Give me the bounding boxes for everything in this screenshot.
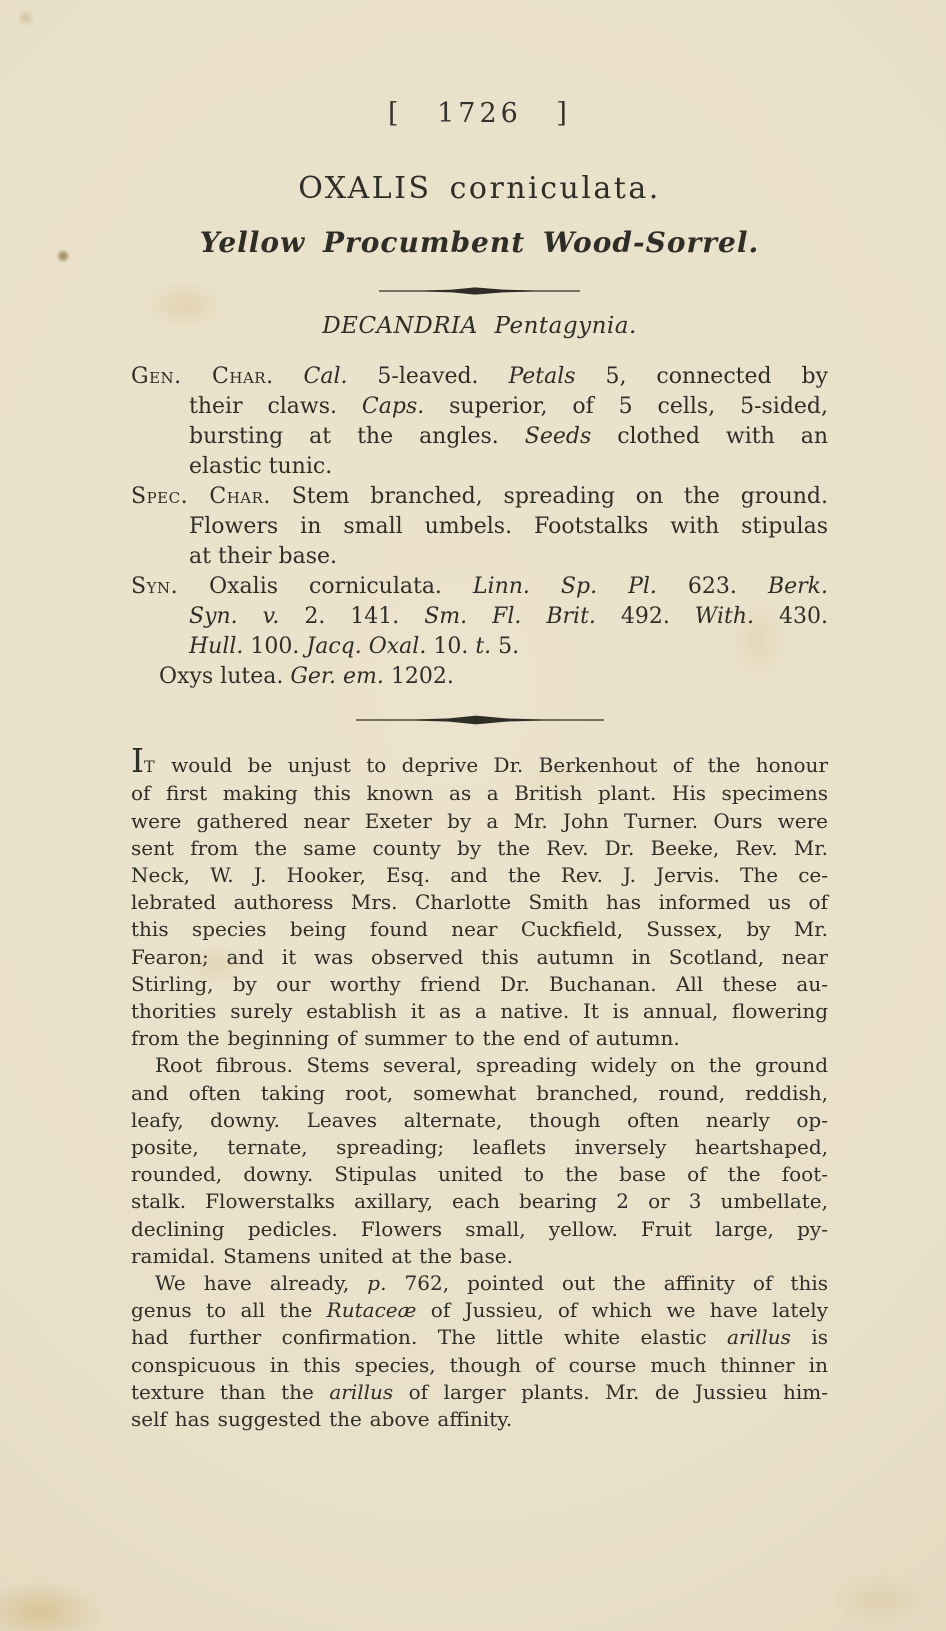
paragraph-3: We have already, p. 762, pointed out the… xyxy=(131,1270,828,1433)
text-line: Fearon; and it was observed this autumn … xyxy=(131,944,828,971)
page-number: [ 1726 ] xyxy=(131,98,828,129)
text-line: Oxys lutea. Ger. em. 1202. xyxy=(131,662,828,692)
classification-line: DECANDRIA Pentagynia. xyxy=(131,313,828,339)
opening-smallcap: T xyxy=(144,757,156,776)
text-line: Neck, W. J. Hooker, Esq. and the Rev. J.… xyxy=(131,862,828,889)
taxonomic-entries: Gen. Char. Cal. 5-leaved. Petals 5, conn… xyxy=(131,362,828,692)
text-line: Syn. v. 2. 141. Sm. Fl. Brit. 492. With.… xyxy=(131,602,828,632)
book-page: [ 1726 ] OXALIS corniculata. Yellow Proc… xyxy=(0,0,946,1631)
text-line: stalk. Flowerstalks axillary, each beari… xyxy=(131,1188,828,1215)
entry-label: Syn. xyxy=(131,574,178,599)
text-line: Root fibrous. Stems several, spreading w… xyxy=(131,1052,828,1079)
swelled-rule-divider-bottom xyxy=(354,714,606,726)
text-line: sent from the same county by the Rev. Dr… xyxy=(131,835,828,862)
common-name-subtitle: Yellow Procumbent Wood-Sorrel. xyxy=(131,226,828,259)
text-line: leafy, downy. Leaves alternate, though o… xyxy=(131,1107,828,1134)
text-line: self has suggested the above affinity. xyxy=(131,1406,828,1433)
entry-spec-char: Spec. Char. Stem branched, spreading on … xyxy=(131,482,828,572)
text-line: genus to all the Rutaceæ of Jussieu, of … xyxy=(131,1297,828,1324)
entry-label: Gen. Char. xyxy=(131,364,274,389)
text-line: ramidal. Stamens united at the base. xyxy=(131,1243,828,1270)
text-line: their claws. Caps. superior, of 5 cells,… xyxy=(131,392,828,422)
species-title: OXALIS corniculata. xyxy=(131,171,828,206)
text-line: declining pedicles. Flowers small, yello… xyxy=(131,1216,828,1243)
text-line: of first making this known as a British … xyxy=(131,780,828,807)
text-line: Stirling, by our worthy friend Dr. Bucha… xyxy=(131,971,828,998)
paragraph-2: Root fibrous. Stems several, spreading w… xyxy=(131,1052,828,1270)
text-line: conspicuous in this species, though of c… xyxy=(131,1352,828,1379)
description-paragraphs: IT would be unjust to deprive Dr. Berken… xyxy=(131,747,828,1433)
text-line: Gen. Char. Cal. 5-leaved. Petals 5, conn… xyxy=(131,362,828,392)
text-line: texture than the arillus of larger plant… xyxy=(131,1379,828,1406)
text-line: this species being found near Cuckfield,… xyxy=(131,916,828,943)
entry-label: Spec. Char. xyxy=(131,484,271,509)
opening-initial: I xyxy=(131,741,144,780)
text-line: posite, ternate, spreading; leaflets inv… xyxy=(131,1134,828,1161)
text-line: and often taking root, somewhat branched… xyxy=(131,1080,828,1107)
text-column: [ 1726 ] OXALIS corniculata. Yellow Proc… xyxy=(131,0,828,1433)
text-line: at their base. xyxy=(131,542,828,572)
entry-synonym-oxys: Oxys lutea. Ger. em. 1202. xyxy=(131,662,828,692)
text-line: were gathered near Exeter by a Mr. John … xyxy=(131,808,828,835)
paragraph-1: IT would be unjust to deprive Dr. Berken… xyxy=(131,747,828,1052)
text-line: elastic tunic. xyxy=(131,452,828,482)
text-line: Flowers in small umbels. Footstalks with… xyxy=(131,512,828,542)
text-line: from the beginning of summer to the end … xyxy=(131,1025,828,1052)
text-line: had further confirmation. The little whi… xyxy=(131,1324,828,1351)
text-line: Spec. Char. Stem branched, spreading on … xyxy=(131,482,828,512)
text-line: IT would be unjust to deprive Dr. Berken… xyxy=(131,747,828,780)
entry-synonyms: Syn. Oxalis corniculata. Linn. Sp. Pl. 6… xyxy=(131,572,828,662)
text-line: lebrated authoress Mrs. Charlotte Smith … xyxy=(131,889,828,916)
entry-gen-char: Gen. Char. Cal. 5-leaved. Petals 5, conn… xyxy=(131,362,828,482)
text-line: bursting at the angles. Seeds clothed wi… xyxy=(131,422,828,452)
text-line: Hull. 100. Jacq. Oxal. 10. t. 5. xyxy=(131,632,828,662)
text-line: thorities surely establish it as a nativ… xyxy=(131,998,828,1025)
text-line: Syn. Oxalis corniculata. Linn. Sp. Pl. 6… xyxy=(131,572,828,602)
text-line: We have already, p. 762, pointed out the… xyxy=(131,1270,828,1297)
text-line: rounded, downy. Stipulas united to the b… xyxy=(131,1161,828,1188)
swelled-rule-divider-top xyxy=(377,286,582,296)
